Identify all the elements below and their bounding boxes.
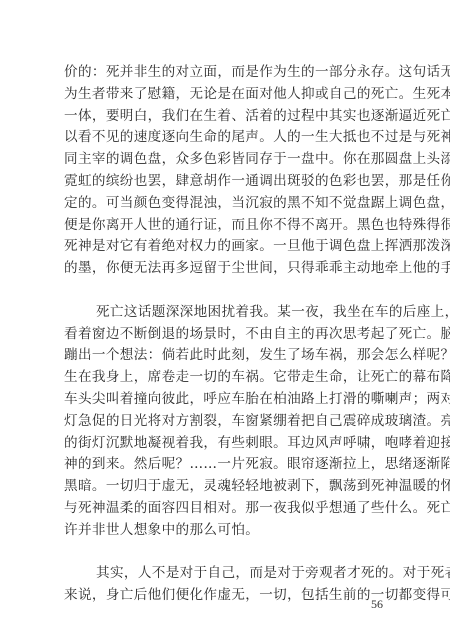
text-line: 蹦出一个想法：倘若此时此刻，发生了场车祸，那会怎么样呢？发 (64, 345, 388, 367)
text-line: 为生者带来了慰籍，无论是在面对他人抑或自己的死亡。生死本是 (64, 84, 388, 106)
text-line: 同主宰的调色盘，众多色彩皆同存于一盘中。你在那圆盘上头添上 (64, 149, 388, 171)
text-line: 与死神温柔的面容四目相对。那一夜我似乎想通了些什么。死亡或 (64, 498, 388, 520)
text-line: 霓虹的缤纷也罢，肆意胡作一通调出斑驳的色彩也罢，那是任你决 (64, 171, 388, 193)
text-line: 一体，要明白，我们在生着、活着的过程中其实也逐渐逼近死亡， (64, 106, 388, 128)
text-line: 死亡这话题深深地困扰着我。某一夜，我坐在车的后座上， (64, 302, 388, 324)
paragraph-1: 价的：死并非生的对立面，而是作为生的一部分永存。这句话无疑 为生者带来了慰籍，无… (64, 62, 388, 280)
paragraph-spacer (64, 280, 388, 302)
text-line: 车头尖叫着撞向彼此，呼应车胎在柏油路上打滑的嘶喇声；两对车 (64, 389, 388, 411)
text-line: 死神是对它有着绝对权力的画家。一旦他于调色盘上挥洒那泼深沉 (64, 236, 388, 258)
paragraph-2: 死亡这话题深深地困扰着我。某一夜，我坐在车的后座上， 看着窗边不断倒退的场景时，… (64, 302, 388, 542)
text-line: 便是你离开人世的通行证，而且你不得不离开。黑色也特殊得很， (64, 215, 388, 237)
paragraph-spacer (64, 542, 388, 564)
text-line: 的街灯沉默地凝视着我，有些刺眼。耳边风声呼啸，咆哮着迎接死 (64, 433, 388, 455)
text-line: 价的：死并非生的对立面，而是作为生的一部分永存。这句话无疑 (64, 62, 388, 84)
text-line: 神的到来。然后呢？……一片死寂。眼帘逐渐拉上，思绪逐渐陷入 (64, 454, 388, 476)
page-number: 56 (371, 597, 383, 612)
text-line: 看着窗边不断倒退的场景时，不由自主的再次思考起了死亡。脑瓜 (64, 324, 388, 346)
text-line: 的墨，你便无法再多逗留于尘世间，只得乖乖主动地牵上他的手。 (64, 258, 388, 280)
text-line: 生在我身上，席卷走一切的车祸。它带走生命，让死亡的幕布降临。 (64, 367, 388, 389)
body-text: 价的：死并非生的对立面，而是作为生的一部分永存。这句话无疑 为生者带来了慰籍，无… (64, 62, 388, 607)
text-line: 来说，身亡后他们便化作虚无，一切，包括生前的一切都变得可有 (64, 585, 388, 607)
text-line: 灯急促的日光将对方割裂，车窗紧绷着把自己震碎成玻璃渣。亮黄 (64, 411, 388, 433)
text-line: 黑暗。一切归于虚无，灵魂轻轻地被剥下，飘荡到死神温暖的怀中， (64, 476, 388, 498)
text-line: 其实，人不是对于自己，而是对于旁观者才死的。对于死者 (64, 563, 388, 585)
text-line: 以看不见的速度逐向生命的尾声。人的一生大抵也不过是与死神共 (64, 127, 388, 149)
paragraph-3: 其实，人不是对于自己，而是对于旁观者才死的。对于死者 来说，身亡后他们便化作虚无… (64, 563, 388, 607)
text-line: 许并非世人想象中的那么可怕。 (64, 520, 388, 542)
document-page: 价的：死并非生的对立面，而是作为生的一部分永存。这句话无疑 为生者带来了慰籍，无… (0, 0, 450, 640)
text-line: 定的。可当颜色变得混浊，当沉寂的黑不知不觉盘踞上调色盘，那 (64, 193, 388, 215)
